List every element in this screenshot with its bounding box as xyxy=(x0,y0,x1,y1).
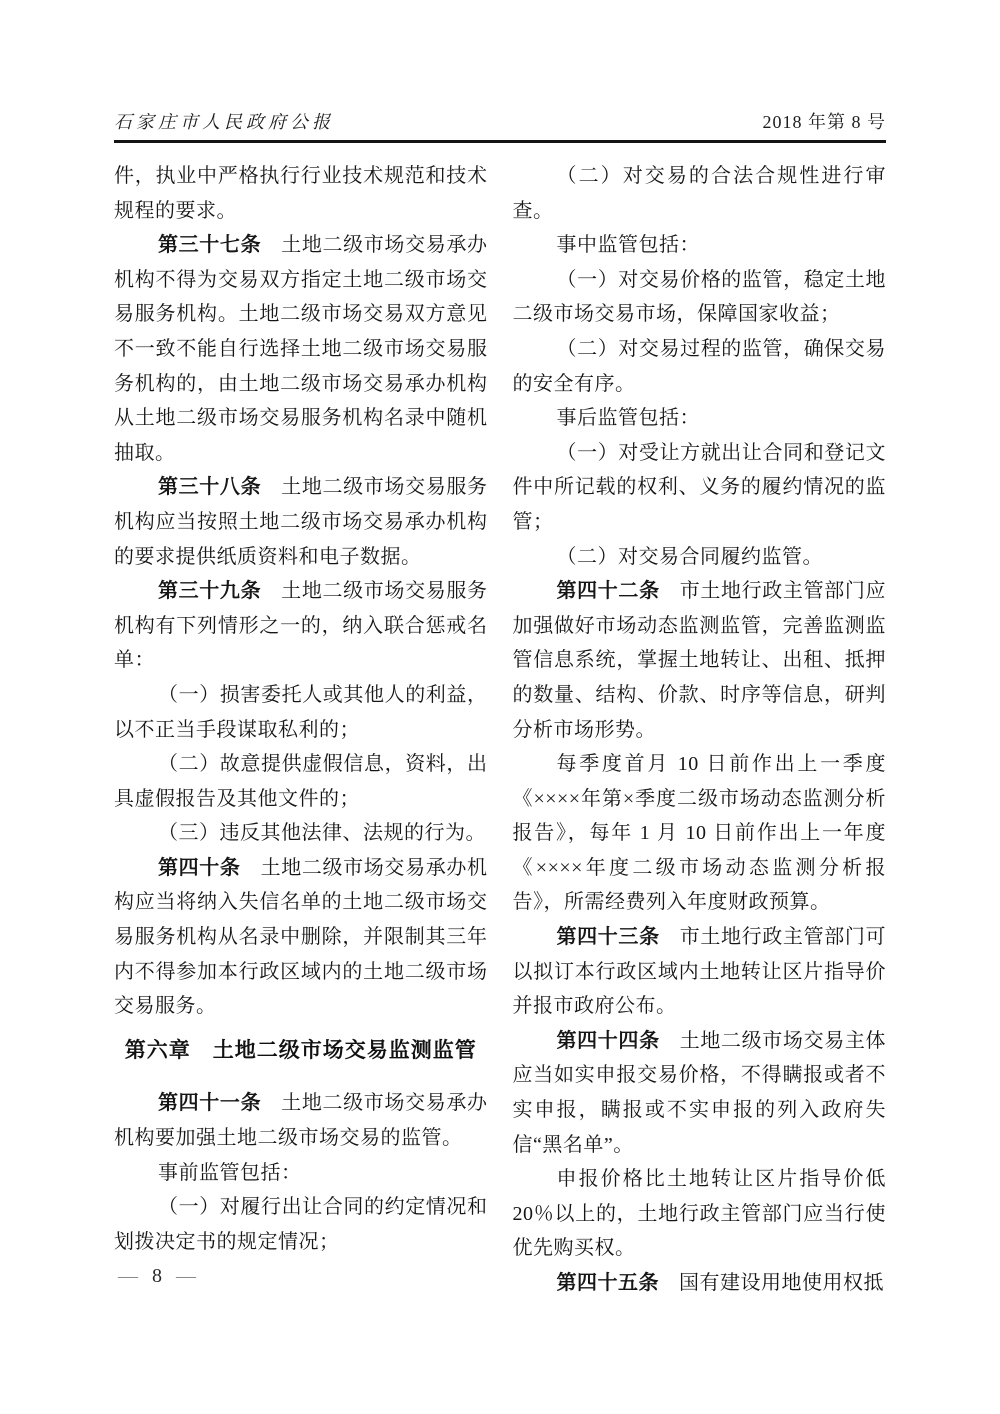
gazette-page: 石家庄市人民政府公报 2018 年第 8 号 件，执业中严格执行行业技术规范和技… xyxy=(0,0,1000,1414)
body-paragraph: 每季度首月 10 日前作出上一季度《××××年第×季度二级市场动态监测分析报告》… xyxy=(513,747,887,920)
article-number: 第三十九条 xyxy=(158,580,261,602)
list-paragraph: （二）对交易合同履约监管。 xyxy=(513,540,887,575)
list-paragraph: （二）故意提供虚假信息，资料，出具虚假报告及其他文件的； xyxy=(114,747,488,816)
article-number: 第四十五条 xyxy=(557,1272,660,1294)
article-number: 第三十八条 xyxy=(158,476,261,498)
page-content: 石家庄市人民政府公报 2018 年第 8 号 件，执业中严格执行行业技术规范和技… xyxy=(114,0,886,1301)
article-text: 土地二级市场交易承办机构不得为交易双方指定土地二级市场交易服务机构。土地二级市场… xyxy=(114,234,488,464)
article-number: 第四十二条 xyxy=(557,580,660,602)
article-paragraph: 第三十七条土地二级市场交易承办机构不得为交易双方指定土地二级市场交易服务机构。土… xyxy=(114,228,488,470)
left-column: 件，执业中严格执行行业技术规范和技术规程的要求。 第三十七条土地二级市场交易承办… xyxy=(114,159,488,1301)
gazette-title: 石家庄市人民政府公报 xyxy=(114,110,334,134)
footer-dash-right: — xyxy=(176,1265,196,1287)
page-number: 8 xyxy=(152,1265,162,1287)
right-column: （二）对交易的合法合规性进行审查。 事中监管包括： （一）对交易价格的监管，稳定… xyxy=(513,159,887,1301)
list-paragraph: （三）违反其他法律、法规的行为。 xyxy=(114,816,488,851)
body-paragraph: 件，执业中严格执行行业技术规范和技术规程的要求。 xyxy=(114,159,488,228)
article-paragraph: 第四十四条土地二级市场交易主体应当如实申报交易价格，不得瞒报或者不实申报，瞒报或… xyxy=(513,1024,887,1162)
footer-dash-left: — xyxy=(118,1265,138,1287)
issue-number: 2018 年第 8 号 xyxy=(763,110,887,134)
chapter-heading: 第六章 土地二级市场交易监测监管 xyxy=(114,1034,488,1069)
article-number: 第三十七条 xyxy=(158,234,261,256)
list-paragraph: （二）对交易过程的监管，确保交易的安全有序。 xyxy=(513,332,887,401)
article-number: 第四十四条 xyxy=(557,1030,660,1052)
page-header: 石家庄市人民政府公报 2018 年第 8 号 xyxy=(114,0,886,134)
article-paragraph: 第三十九条土地二级市场交易服务机构有下列情形之一的，纳入联合惩戒名单： xyxy=(114,574,488,678)
article-number: 第四十一条 xyxy=(158,1092,261,1114)
article-paragraph: 第四十五条国有建设用地使用权抵 xyxy=(513,1266,887,1301)
article-number: 第四十条 xyxy=(158,857,241,879)
article-text: 市土地行政主管部门应加强做好市场动态监测监管，完善监测监管信息系统，掌握土地转让… xyxy=(513,580,887,740)
list-paragraph: 事后监管包括： xyxy=(513,401,887,436)
list-paragraph: 事中监管包括： xyxy=(513,228,887,263)
article-number: 第四十三条 xyxy=(557,926,660,948)
list-paragraph: （二）对交易的合法合规性进行审查。 xyxy=(513,159,887,228)
article-paragraph: 第三十八条土地二级市场交易服务机构应当按照土地二级市场交易承办机构的要求提供纸质… xyxy=(114,470,488,574)
list-paragraph: 事前监管包括： xyxy=(114,1156,488,1191)
header-rule xyxy=(114,140,886,143)
list-paragraph: （一）对受让方就出让合同和登记文件中所记载的权利、义务的履约情况的监管； xyxy=(513,436,887,540)
article-text: 土地二级市场交易承办机构应当将纳入失信名单的土地二级市场交易服务机构从名录中删除… xyxy=(114,857,488,1017)
list-paragraph: （一）对交易价格的监管，稳定土地二级市场交易市场，保障国家收益； xyxy=(513,263,887,332)
page-footer: —8— xyxy=(118,1264,196,1288)
list-paragraph: （一）对履行出让合同的约定情况和划拨决定书的规定情况； xyxy=(114,1190,488,1259)
article-text: 国有建设用地使用权抵 xyxy=(679,1272,884,1294)
article-paragraph: 第四十条土地二级市场交易承办机构应当将纳入失信名单的土地二级市场交易服务机构从名… xyxy=(114,851,488,1024)
content-columns: 件，执业中严格执行行业技术规范和技术规程的要求。 第三十七条土地二级市场交易承办… xyxy=(114,159,886,1301)
body-paragraph: 申报价格比土地转让区片指导价低20％以上的，土地行政主管部门应当行使优先购买权。 xyxy=(513,1162,887,1266)
article-paragraph: 第四十三条市土地行政主管部门可以拟订本行政区域内土地转让区片指导价并报市政府公布… xyxy=(513,920,887,1024)
list-paragraph: （一）损害委托人或其他人的利益，以不正当手段谋取私利的； xyxy=(114,678,488,747)
article-paragraph: 第四十一条土地二级市场交易承办机构要加强土地二级市场交易的监管。 xyxy=(114,1086,488,1155)
article-paragraph: 第四十二条市土地行政主管部门应加强做好市场动态监测监管，完善监测监管信息系统，掌… xyxy=(513,574,887,747)
